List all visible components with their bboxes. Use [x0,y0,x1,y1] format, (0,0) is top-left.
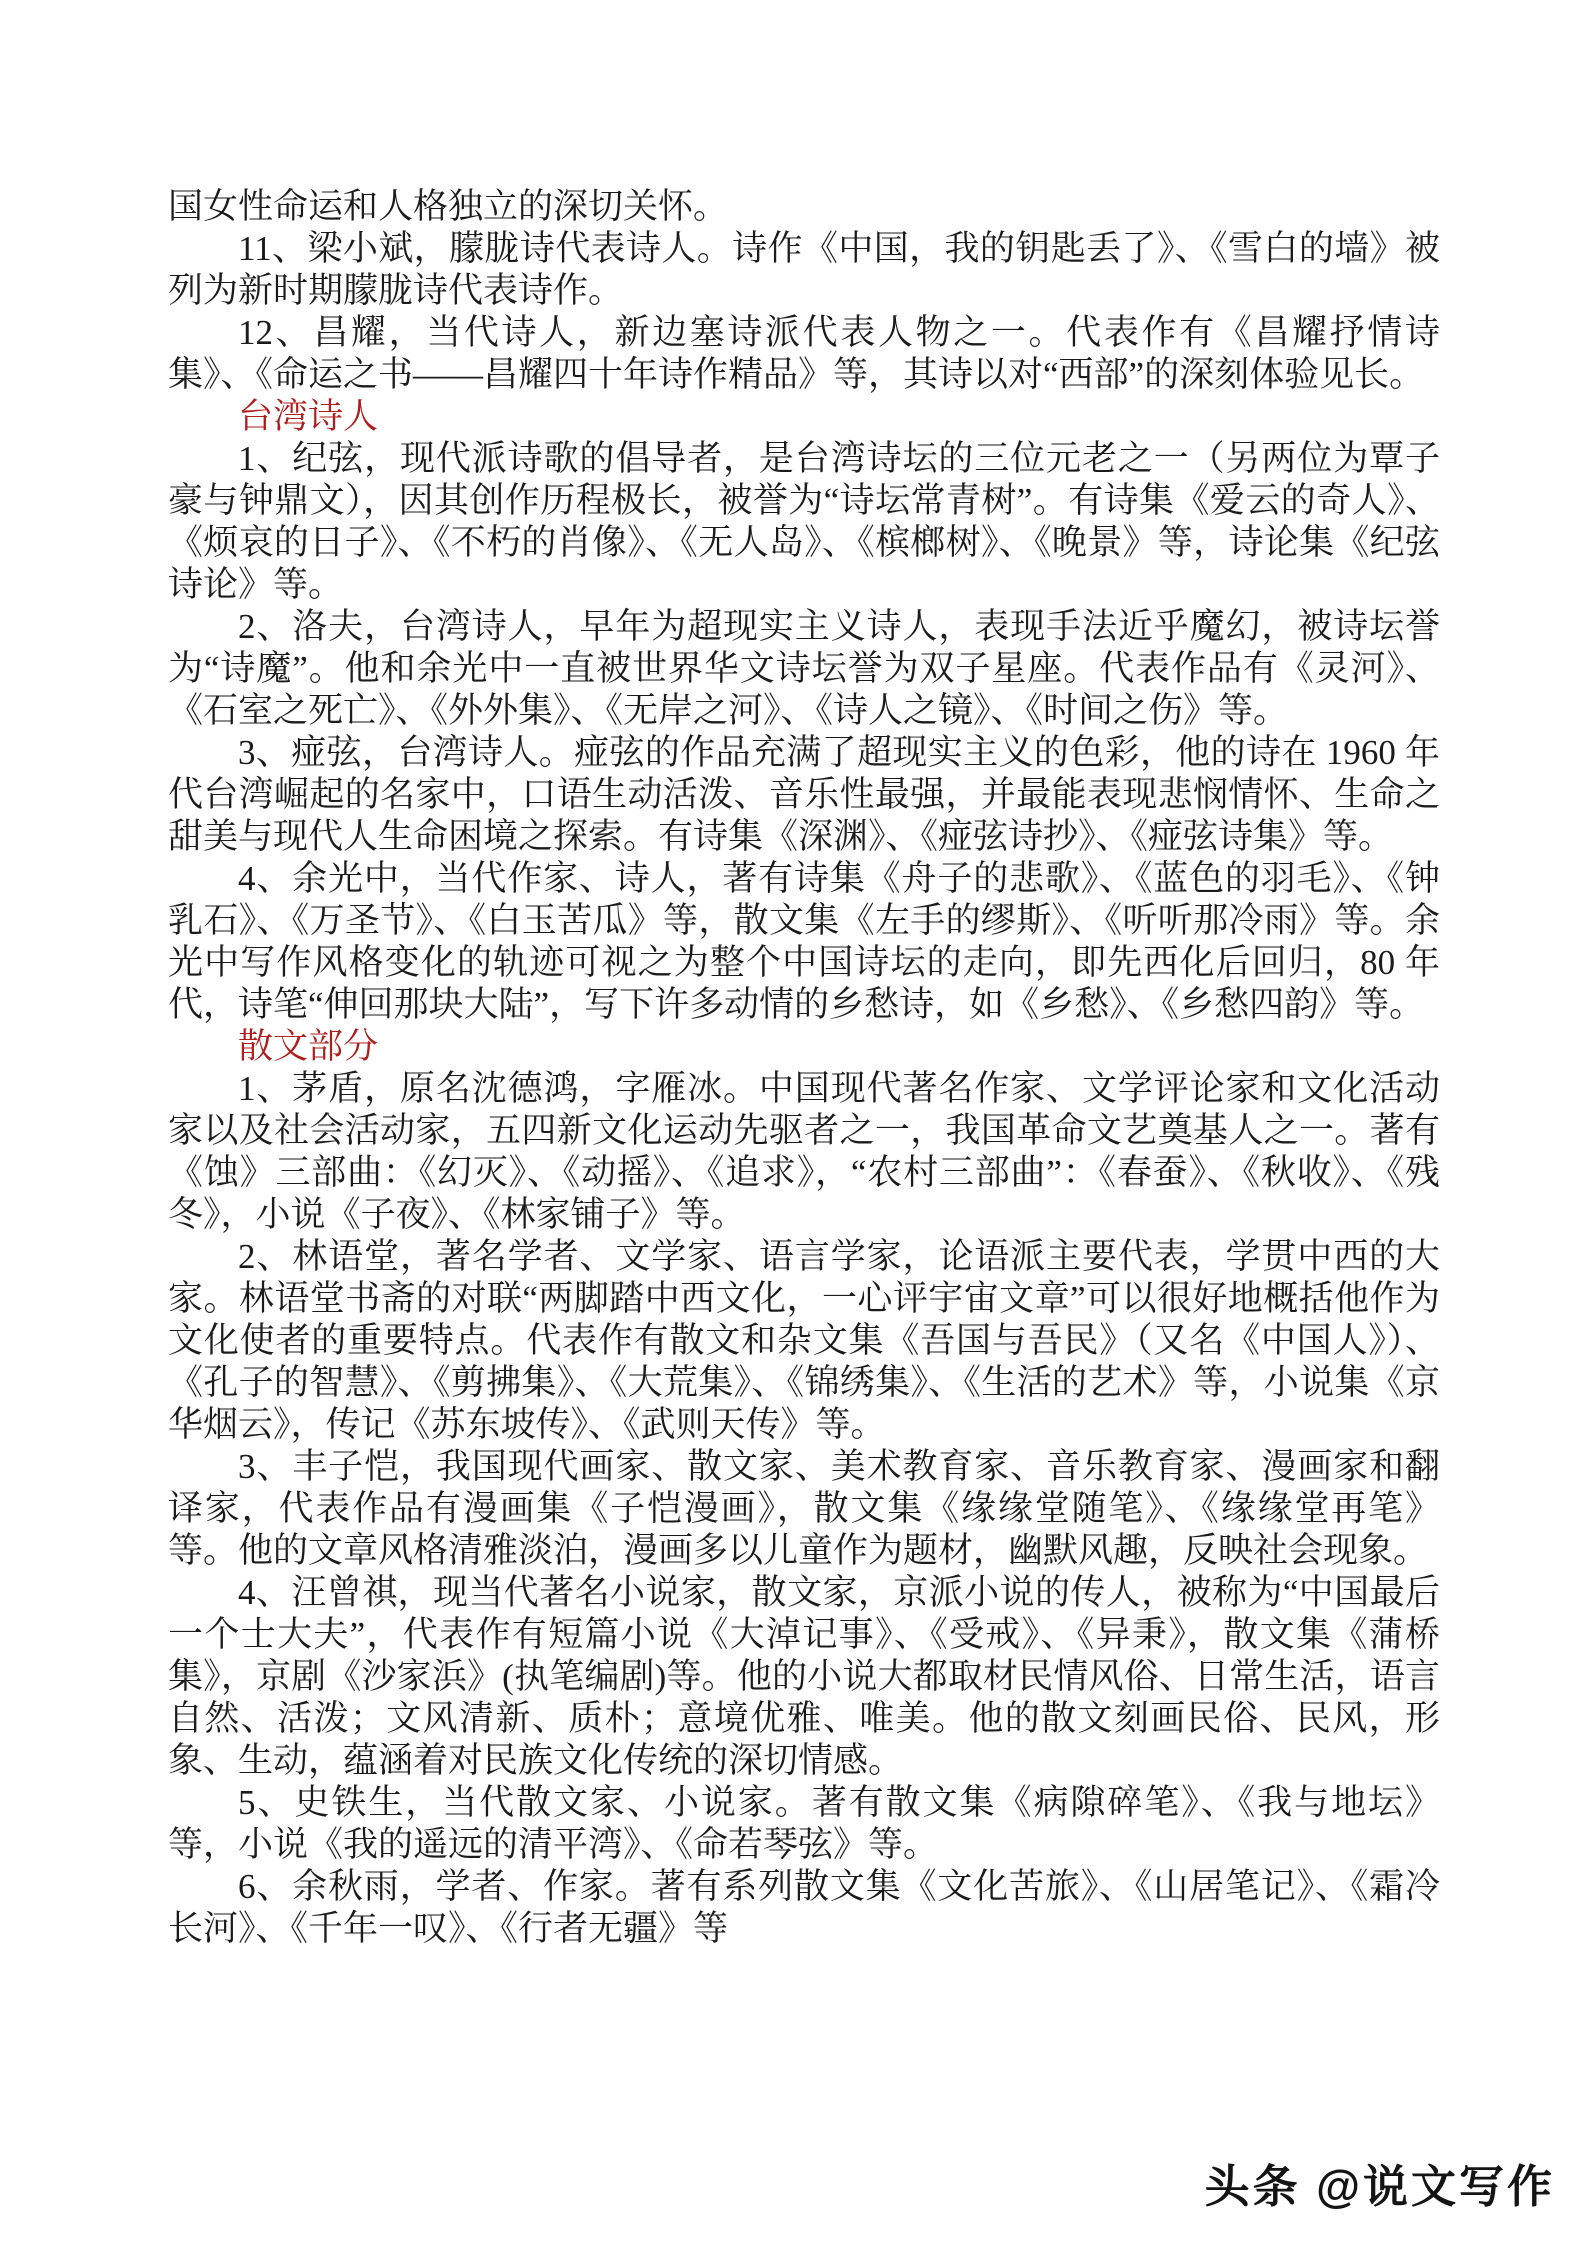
document-page: 国女性命运和人格独立的深切关怀。11、梁小斌，朦胧诗代表诗人。诗作《中国，我的钥… [0,0,1587,2245]
paragraph: 2、洛夫，台湾诗人，早年为超现实主义诗人，表现手法近乎魔幻，被诗坛誉为“诗魔”。… [168,606,1440,732]
paragraph: 国女性命运和人格独立的深切关怀。 [168,186,1440,228]
document-content: 国女性命运和人格独立的深切关怀。11、梁小斌，朦胧诗代表诗人。诗作《中国，我的钥… [168,186,1440,1950]
section-heading: 散文部分 [168,1026,1440,1068]
paragraph: 5、史铁生，当代散文家、小说家。著有散文集《病隙碎笔》、《我与地坛》等，小说《我… [168,1782,1440,1866]
paragraph: 4、汪曾祺，现当代著名小说家，散文家，京派小说的传人，被称为“中国最后一个士大夫… [168,1572,1440,1782]
paragraph: 2、林语堂，著名学者、文学家、语言学家，论语派主要代表，学贯中西的大家。林语堂书… [168,1236,1440,1446]
paragraph: 1、茅盾，原名沈德鸿，字雁冰。中国现代著名作家、文学评论家和文化活动家以及社会活… [168,1068,1440,1236]
paragraph: 1、纪弦，现代派诗歌的倡导者，是台湾诗坛的三位元老之一（另两位为覃子豪与钟鼎文）… [168,438,1440,606]
watermark-text: 头条 @说文写作 [1205,2150,1555,2215]
paragraph: 3、丰子恺，我国现代画家、散文家、美术教育家、音乐教育家、漫画家和翻译家，代表作… [168,1446,1440,1572]
paragraph: 11、梁小斌，朦胧诗代表诗人。诗作《中国，我的钥匙丢了》、《雪白的墙》被列为新时… [168,228,1440,312]
paragraph: 12、昌耀，当代诗人，新边塞诗派代表人物之一。代表作有《昌耀抒情诗集》、《命运之… [168,312,1440,396]
paragraph: 6、余秋雨，学者、作家。著有系列散文集《文化苦旅》、《山居笔记》、《霜冷长河》、… [168,1866,1440,1950]
paragraph: 4、余光中，当代作家、诗人，著有诗集《舟子的悲歌》、《蓝色的羽毛》、《钟乳石》、… [168,858,1440,1026]
section-heading: 台湾诗人 [168,396,1440,438]
paragraph: 3、痖弦，台湾诗人。痖弦的作品充满了超现实主义的色彩，他的诗在 1960 年代台… [168,732,1440,858]
